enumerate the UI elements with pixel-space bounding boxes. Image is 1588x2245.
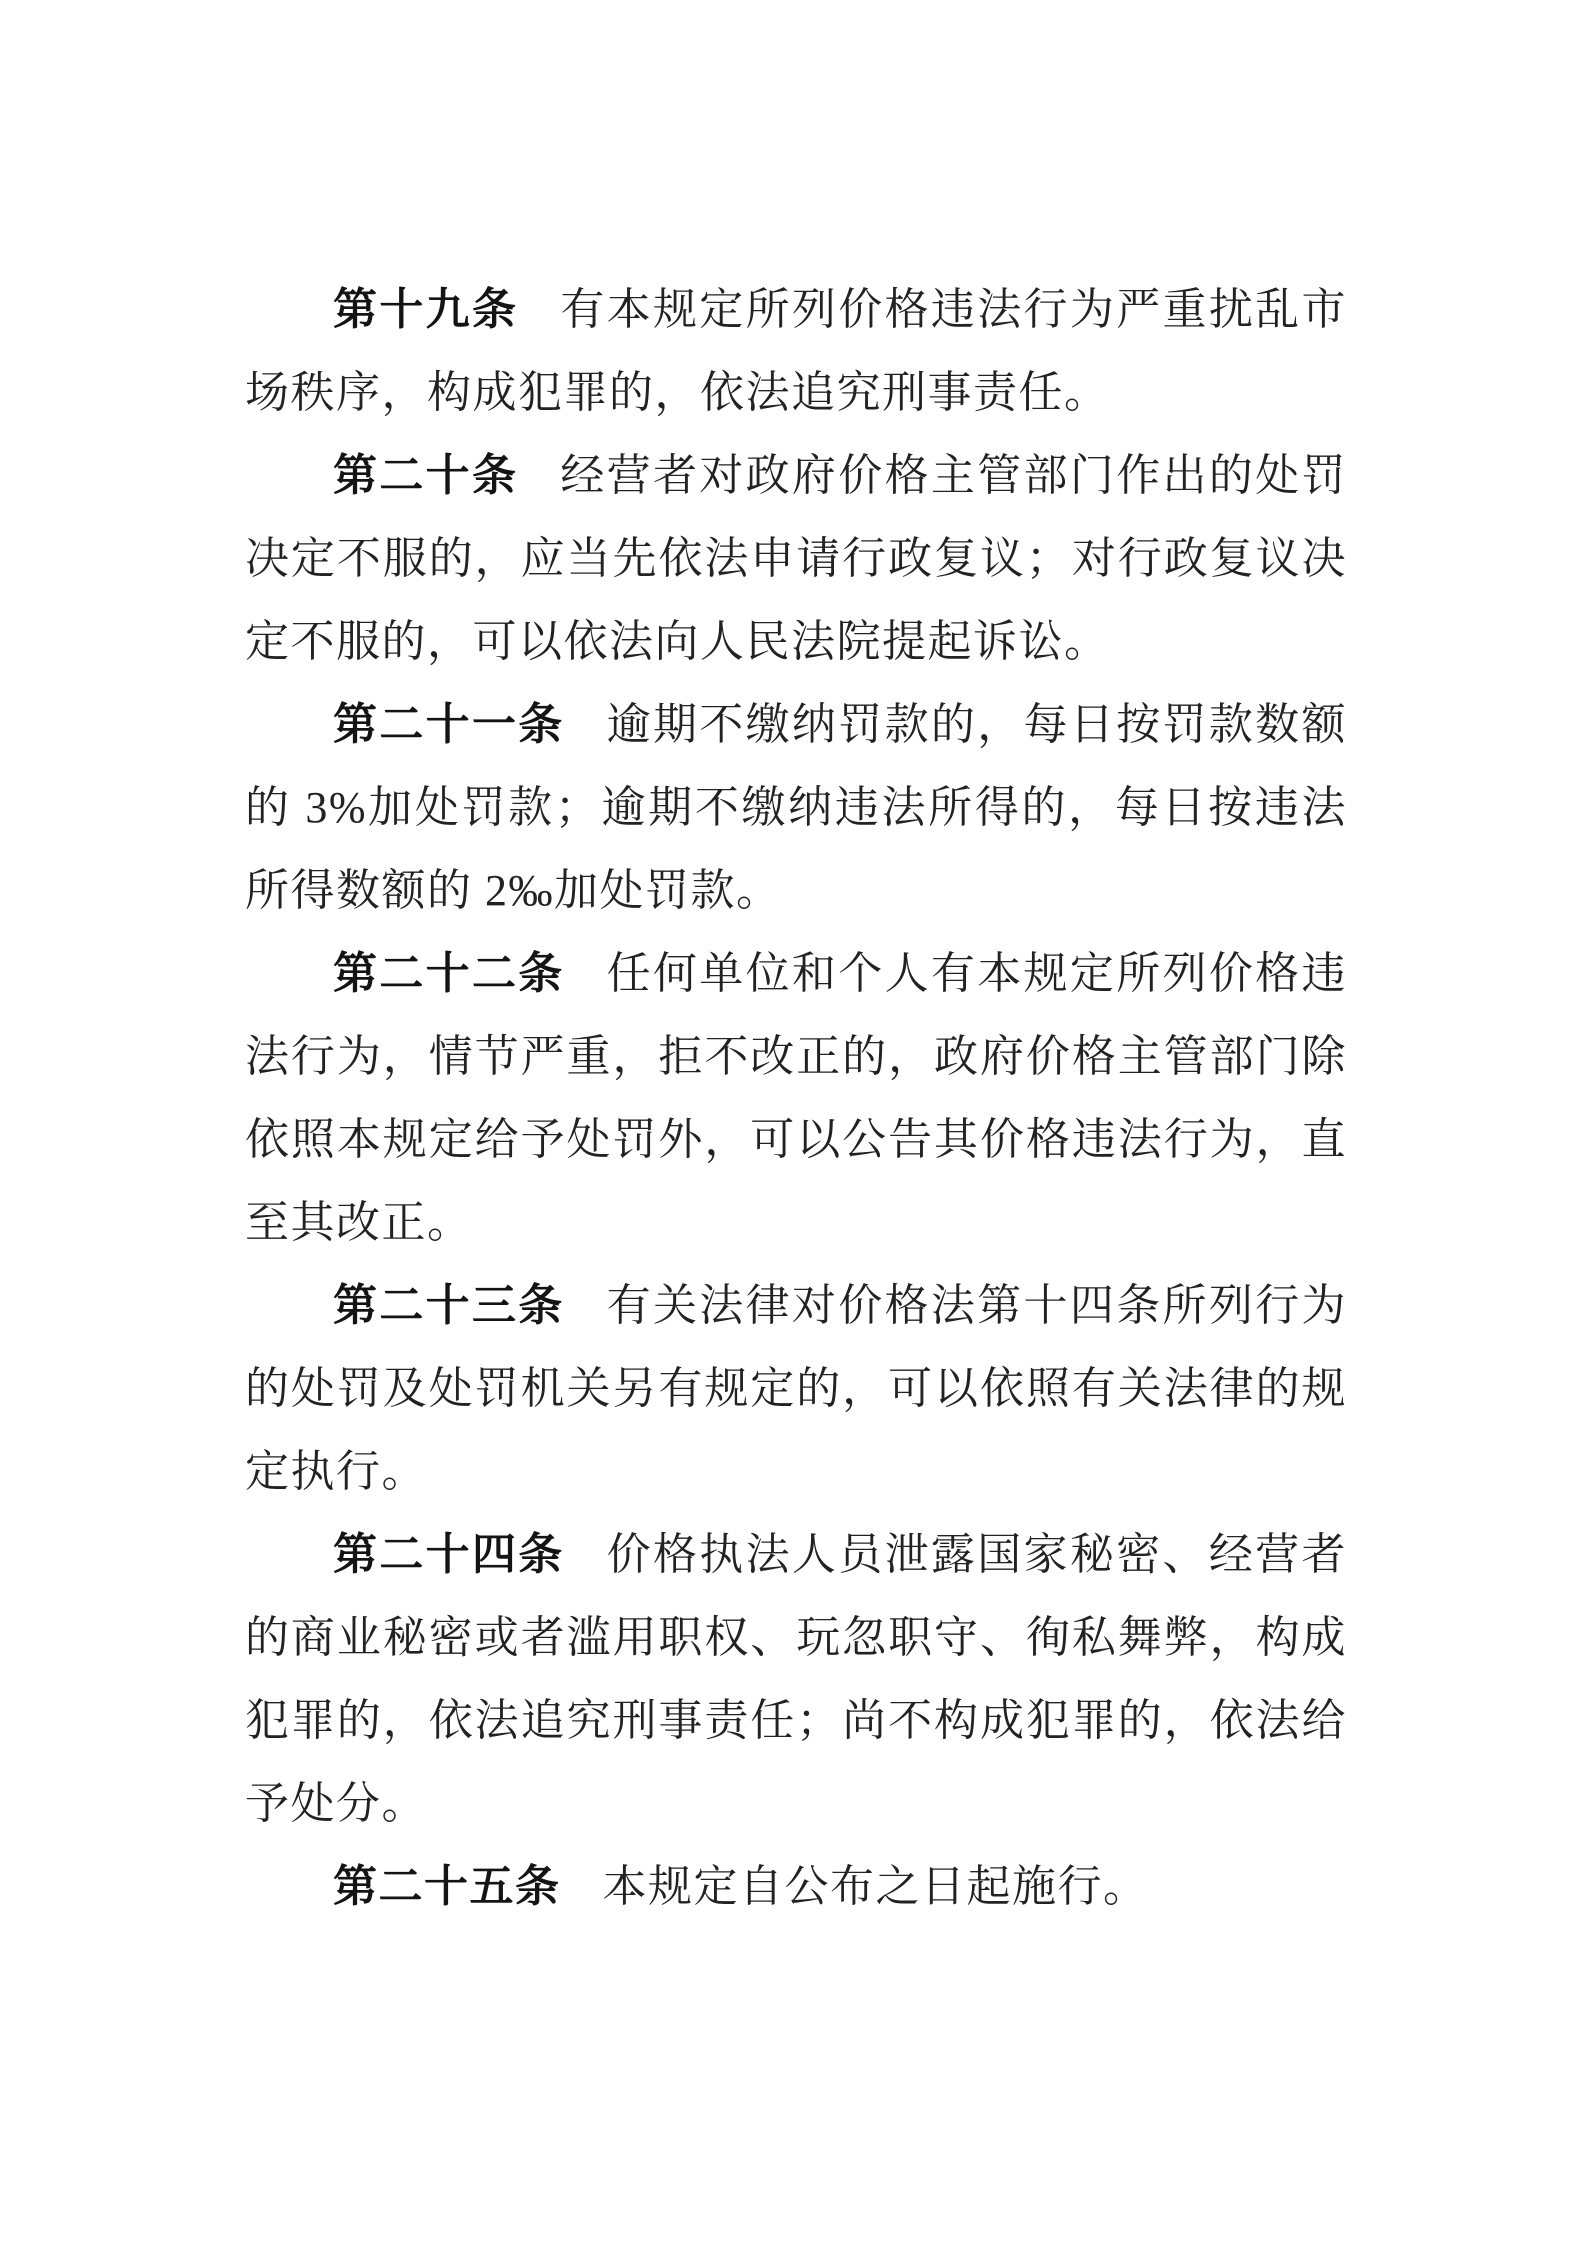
article-number: 第二十五条 <box>333 1862 561 1911</box>
article-paragraph-20: 第二十条经营者对政府价格主管部门作出的处罚决定不服的，应当先依法申请行政复议；对… <box>245 434 1347 683</box>
article-paragraph-25: 第二十五条本规定自公布之日起施行。 <box>245 1845 1347 1928</box>
article-paragraph-21: 第二十一条逾期不缴纳罚款的，每日按罚款数额的 3%加处罚款；逾期不缴纳违法所得的… <box>245 683 1347 932</box>
article-number: 第十九条 <box>333 285 518 334</box>
document-text-block: 第十九条有本规定所列价格违法行为严重扰乱市场秩序，构成犯罪的，依法追究刑事责任。… <box>245 268 1347 1928</box>
article-text: 本规定自公布之日起施行。 <box>603 1862 1149 1911</box>
article-paragraph-19: 第十九条有本规定所列价格违法行为严重扰乱市场秩序，构成犯罪的，依法追究刑事责任。 <box>245 268 1347 434</box>
article-paragraph-24: 第二十四条价格执法人员泄露国家秘密、经营者的商业秘密或者滥用职权、玩忽职守、徇私… <box>245 1513 1347 1845</box>
article-number: 第二十条 <box>333 451 518 500</box>
document-page: 第十九条有本规定所列价格违法行为严重扰乱市场秩序，构成犯罪的，依法追究刑事责任。… <box>0 0 1588 2245</box>
article-paragraph-22: 第二十二条任何单位和个人有本规定所列价格违法行为，情节严重，拒不改正的，政府价格… <box>245 932 1347 1264</box>
article-number: 第二十三条 <box>333 1281 565 1330</box>
article-number: 第二十一条 <box>333 700 565 749</box>
article-number: 第二十二条 <box>333 949 565 998</box>
article-paragraph-23: 第二十三条有关法律对价格法第十四条所列行为的处罚及处罚机关另有规定的，可以依照有… <box>245 1264 1347 1513</box>
article-number: 第二十四条 <box>333 1530 565 1579</box>
